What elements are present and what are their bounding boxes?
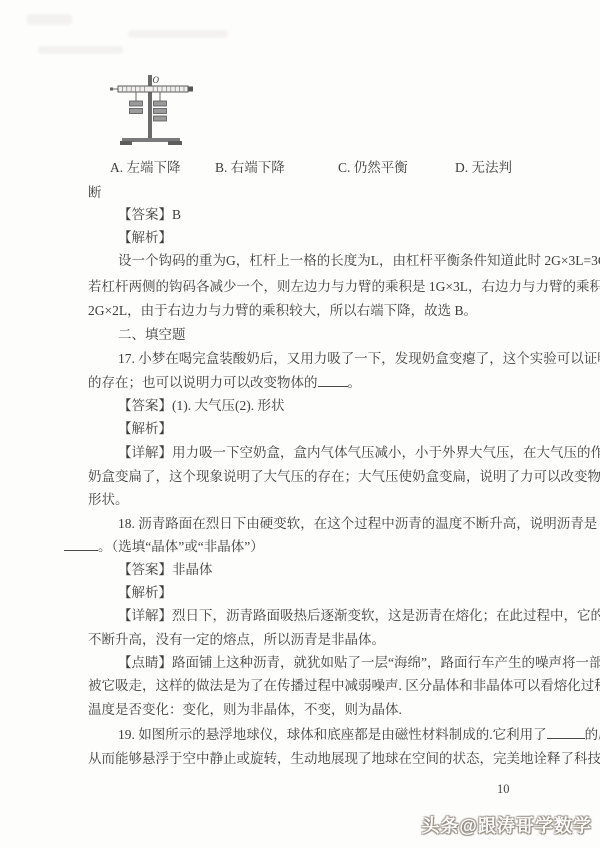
analysis-label-q17: 【解析】: [88, 421, 172, 437]
analysis-label-q18: 【解析】: [88, 585, 172, 601]
question-18-line1: 18. 沥青路面在烈日下由硬变软，在这个过程中沥青的温度不断升高，说明沥青是: [88, 516, 597, 532]
option-d-wrap: 断: [88, 185, 102, 201]
detail-line: 形状。: [88, 492, 129, 508]
beam-left-nut: [110, 88, 113, 91]
solution-line: 2G×2L，由于右边力与力臂的乘积较大，所以右端下降，故选 B。: [88, 303, 477, 319]
lever-diagram-svg: O: [110, 66, 205, 151]
base-foot-right: [168, 141, 182, 145]
section-title: 二、填空题: [88, 327, 186, 343]
question-17-text: 。: [348, 375, 362, 390]
stand-pole: [148, 75, 152, 140]
option-a: A. 左端下降: [110, 160, 181, 176]
detail-line: 【详解】用力吸一下空奶盒，盒内气体气压减小，小于外界大气压，在大气压的作用下: [88, 445, 600, 461]
scan-artifact: [27, 14, 72, 25]
note-line: 温度是否变化：变化，则为非晶体，不变，则为晶体.: [88, 702, 402, 718]
scan-artifact: [38, 46, 123, 54]
detail-line: 【详解】烈日下，沥青路面吸热后逐渐变软，这是沥青在熔化；在此过程中，它的温度: [88, 608, 600, 624]
solution-line: 若杠杆两侧的钩码各减少一个，则左边力与力臂的乘积是 1G×3L，右边力与力臂的乘…: [88, 279, 600, 295]
analysis-label-q16: 【解析】: [88, 230, 172, 246]
base-foot-left: [120, 141, 132, 145]
question-17-text: 17. 小梦在喝完盒装酸奶后，又用力吸了一下，发现奶盒变瘪了，这个实验可以证明: [118, 351, 600, 366]
page-number: 10: [497, 782, 510, 797]
watermark: 头条@跟涛哥学数学: [421, 812, 592, 838]
question-19-text: 的原理，: [585, 727, 600, 742]
exam-document-page: O A. 左端下降 B. 右端下降 C. 仍然平衡 D. 无法判 断 【答案: [0, 0, 600, 848]
left-weights: [130, 101, 143, 114]
note-line: 被它吸走，这样的做法是为了在传播过程中减弱噪声. 区分晶体和非晶体可以看熔化过程…: [88, 678, 600, 694]
question-17-line1: 17. 小梦在喝完盒装酸奶后，又用力吸了一下，发现奶盒变瘪了，这个实验可以证明: [88, 351, 600, 367]
question-18-text: 。（选填“晶体”或“非晶体”）: [98, 539, 264, 554]
answer-blank: [318, 375, 348, 387]
detail-line: 不断升高，没有一定的熔点，所以沥青是非晶体。: [88, 632, 385, 648]
scan-artifact: [128, 30, 228, 38]
option-d: D. 无法判: [455, 160, 512, 176]
question-17-text: 的存在；也可以说明力可以改变物体的: [88, 375, 318, 390]
question-19-line2: 从而能够悬浮于空中静止或旋转，生动地展现了地球在空间的状态，完美地诠释了科技的魔: [88, 751, 600, 767]
option-c: C. 仍然平衡: [338, 160, 408, 176]
solution-line: 设一个钩码的重为G，杠杆上一格的长度为L，由杠杆平衡条件知道此时 2G×3L=3…: [88, 253, 600, 269]
answer-line-q16: 【答案】B: [88, 207, 181, 223]
question-17-line2: 的存在；也可以说明力可以改变物体的。: [88, 375, 361, 391]
answer-line-q17: 【答案】(1). 大气压(2). 形状: [88, 398, 284, 414]
question-19-line1: 19. 如图所示的悬浮地球仪，球体和底座都是由磁性材料制成的.它利用了的原理，: [88, 727, 600, 743]
question-18-line2: 。（选填“晶体”或“非晶体”）: [88, 539, 264, 555]
answer-line-q18: 【答案】非晶体: [88, 562, 213, 578]
pivot-label: O: [153, 75, 160, 85]
option-b: B. 右端下降: [215, 160, 285, 176]
beam-right-nut: [188, 87, 193, 92]
answer-blank: [547, 727, 585, 739]
lever-diagram: O: [110, 66, 205, 151]
question-19-text: 19. 如图所示的悬浮地球仪，球体和底座都是由磁性材料制成的.它利用了: [118, 727, 547, 742]
detail-line: 奶盒变扁了，这个现象说明了大气压的存在；大气压使奶盒变扁，说明了力可以改变物体的: [88, 469, 600, 485]
answer-blank: [64, 539, 98, 551]
right-weights: [154, 101, 167, 121]
note-line: 【点睛】路面铺上这种沥青，就犹如贴了一层“海绵”，路面行车产生的噪声将一部分: [88, 655, 600, 671]
